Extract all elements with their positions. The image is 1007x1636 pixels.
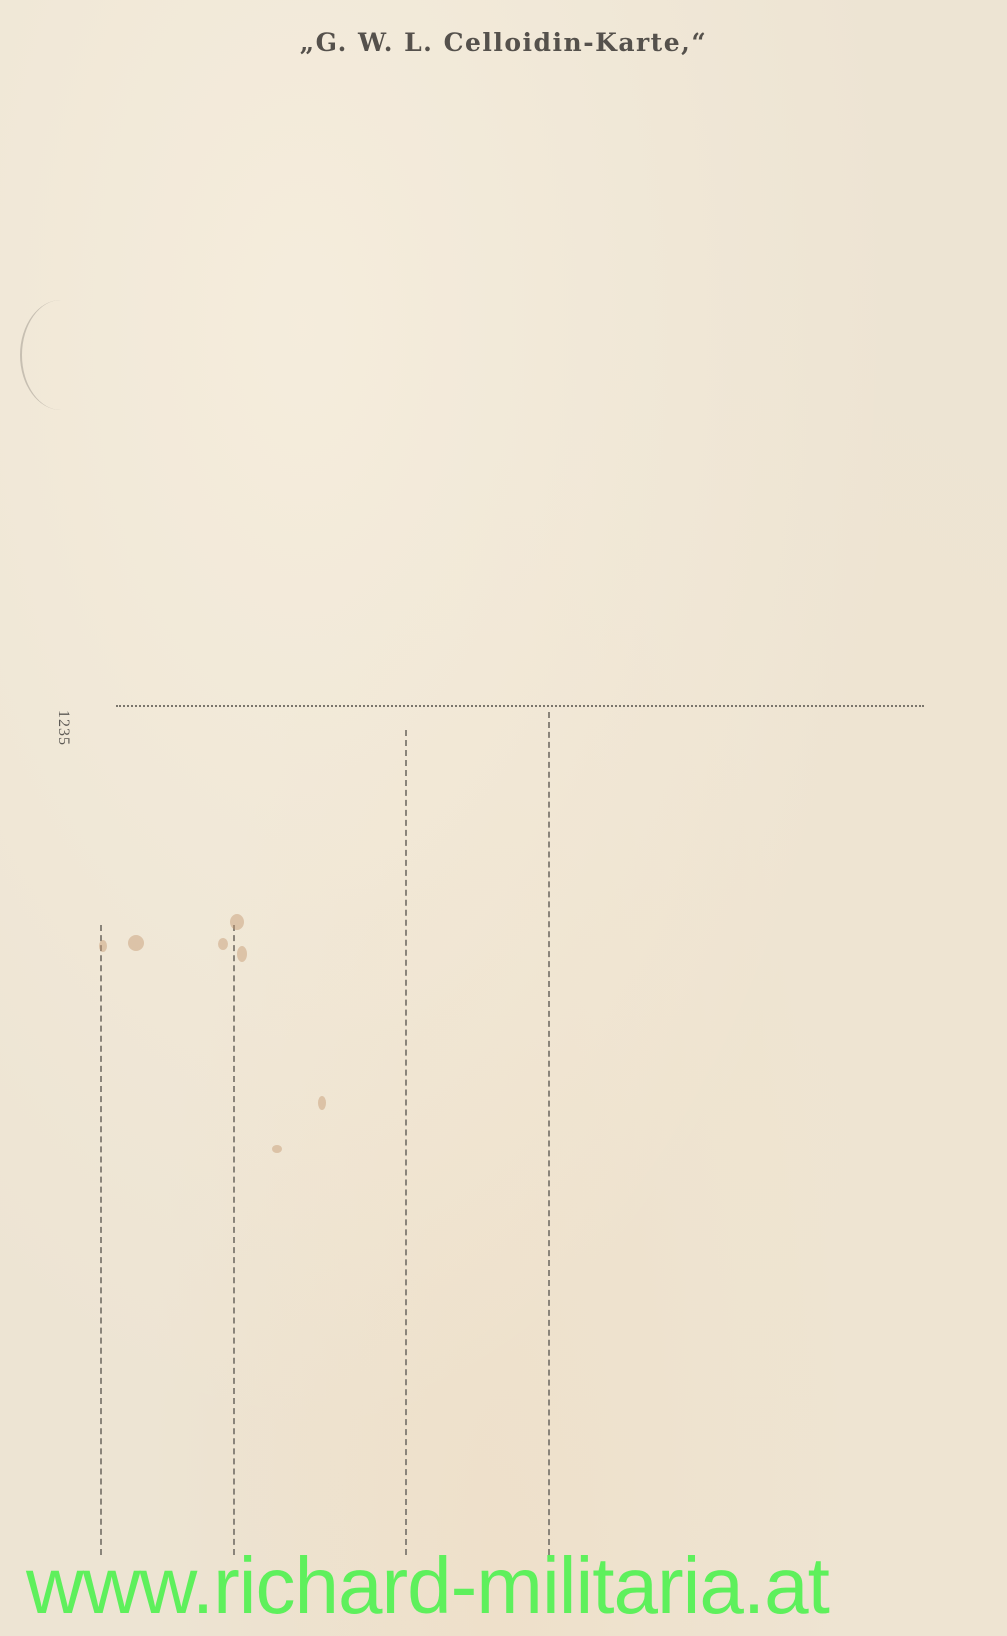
address-line-2	[233, 925, 235, 1555]
stain	[218, 938, 228, 950]
stain	[128, 935, 144, 951]
stain	[318, 1096, 326, 1110]
address-divider-line	[116, 705, 924, 707]
address-line-1	[100, 925, 102, 1555]
serial-number: 1235	[54, 710, 72, 746]
stain	[99, 940, 107, 952]
watermark-text: www.richard-militaria.at	[26, 1546, 986, 1626]
pencil-mark	[20, 300, 102, 410]
postcard-header-text: „G. W. L. Celloidin-Karte,“	[0, 28, 1007, 57]
address-line-3	[405, 730, 407, 1555]
postcard-back: „G. W. L. Celloidin-Karte,“ 1235 www.ric…	[0, 0, 1007, 1636]
stain	[237, 946, 247, 962]
address-line-4	[548, 712, 550, 1555]
stain	[230, 914, 244, 930]
stain	[272, 1145, 282, 1153]
